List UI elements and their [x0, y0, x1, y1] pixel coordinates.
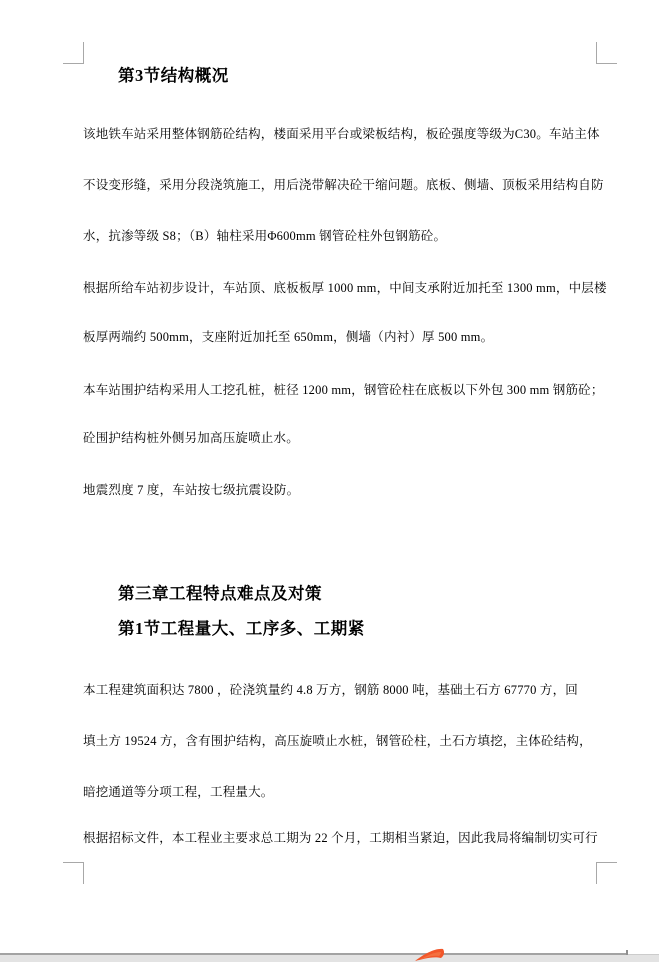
orange-swoosh-graphic[interactable]	[415, 947, 447, 962]
paragraph5-line1[interactable]: 本工程建筑面积达 7800 ，砼浇筑量约 4.8 万方，钢筋 8000 吨，基础…	[83, 684, 578, 697]
section3-heading[interactable]: 第3节结构概况	[118, 68, 229, 85]
paragraph3-line2[interactable]: 砼围护结构桩外侧另加高压旋喷止水。	[83, 432, 299, 445]
page-bottom-edge-right	[628, 954, 659, 955]
paragraph5-line3[interactable]: 暗挖通道等分项工程，工程量大。	[83, 786, 274, 799]
paragraph2-line1[interactable]: 根据所给车站初步设计，车站顶、底板板厚 1000 mm，中间支承附近加托至 13…	[83, 282, 607, 295]
document-page[interactable]: 第3节结构概况 该地铁车站采用整体钢筋砼结构，楼面采用平台或梁板结构，板砼强度等…	[0, 0, 659, 962]
page-bottom-edge	[0, 953, 628, 955]
paragraph4-line1[interactable]: 地震烈度 7 度，车站按七级抗震设防。	[83, 484, 299, 497]
paragraph1-line1[interactable]: 该地铁车站采用整体钢筋砼结构，楼面采用平台或梁板结构，板砼强度等级为C30。车站…	[83, 128, 600, 141]
page-gap	[0, 955, 659, 962]
paragraph5-line2[interactable]: 填土方 19524 方，含有围护结构，高压旋喷止水桩，钢管砼柱，土石方填挖，主体…	[83, 735, 592, 748]
paragraph2-line2[interactable]: 板厚两端约 500mm，支座附近加托至 650mm，侧墙（内衬）厚 500 mm…	[83, 331, 493, 344]
text-boundary-mark-bottom-right	[596, 862, 617, 884]
section1-heading[interactable]: 第1节工程量大、工序多、工期紧	[118, 621, 365, 638]
chapter3-heading[interactable]: 第三章工程特点难点及对策	[118, 586, 322, 603]
paragraph3-line1[interactable]: 本车站围护结构采用人工挖孔桩，桩径 1200 mm，钢管砼柱在底板以下外包 30…	[83, 384, 604, 397]
page-corner-shadow	[626, 950, 628, 955]
text-boundary-mark-top-right	[596, 42, 617, 64]
paragraph6-line1[interactable]: 根据招标文件，本工程业主要求总工期为 22 个月，工期相当紧迫，因此我局将编制切…	[83, 832, 598, 845]
text-boundary-mark-bottom-left	[63, 862, 84, 884]
paragraph1-line2[interactable]: 不设变形缝，采用分段浇筑施工，用后浇带解决砼干缩问题。底板、侧墙、顶板采用结构自…	[83, 179, 604, 192]
text-boundary-mark-top-left	[63, 42, 84, 64]
paragraph1-line3[interactable]: 水，抗渗等级 S8；（B）轴柱采用Φ600mm 钢管砼柱外包钢筋砼。	[83, 230, 446, 243]
